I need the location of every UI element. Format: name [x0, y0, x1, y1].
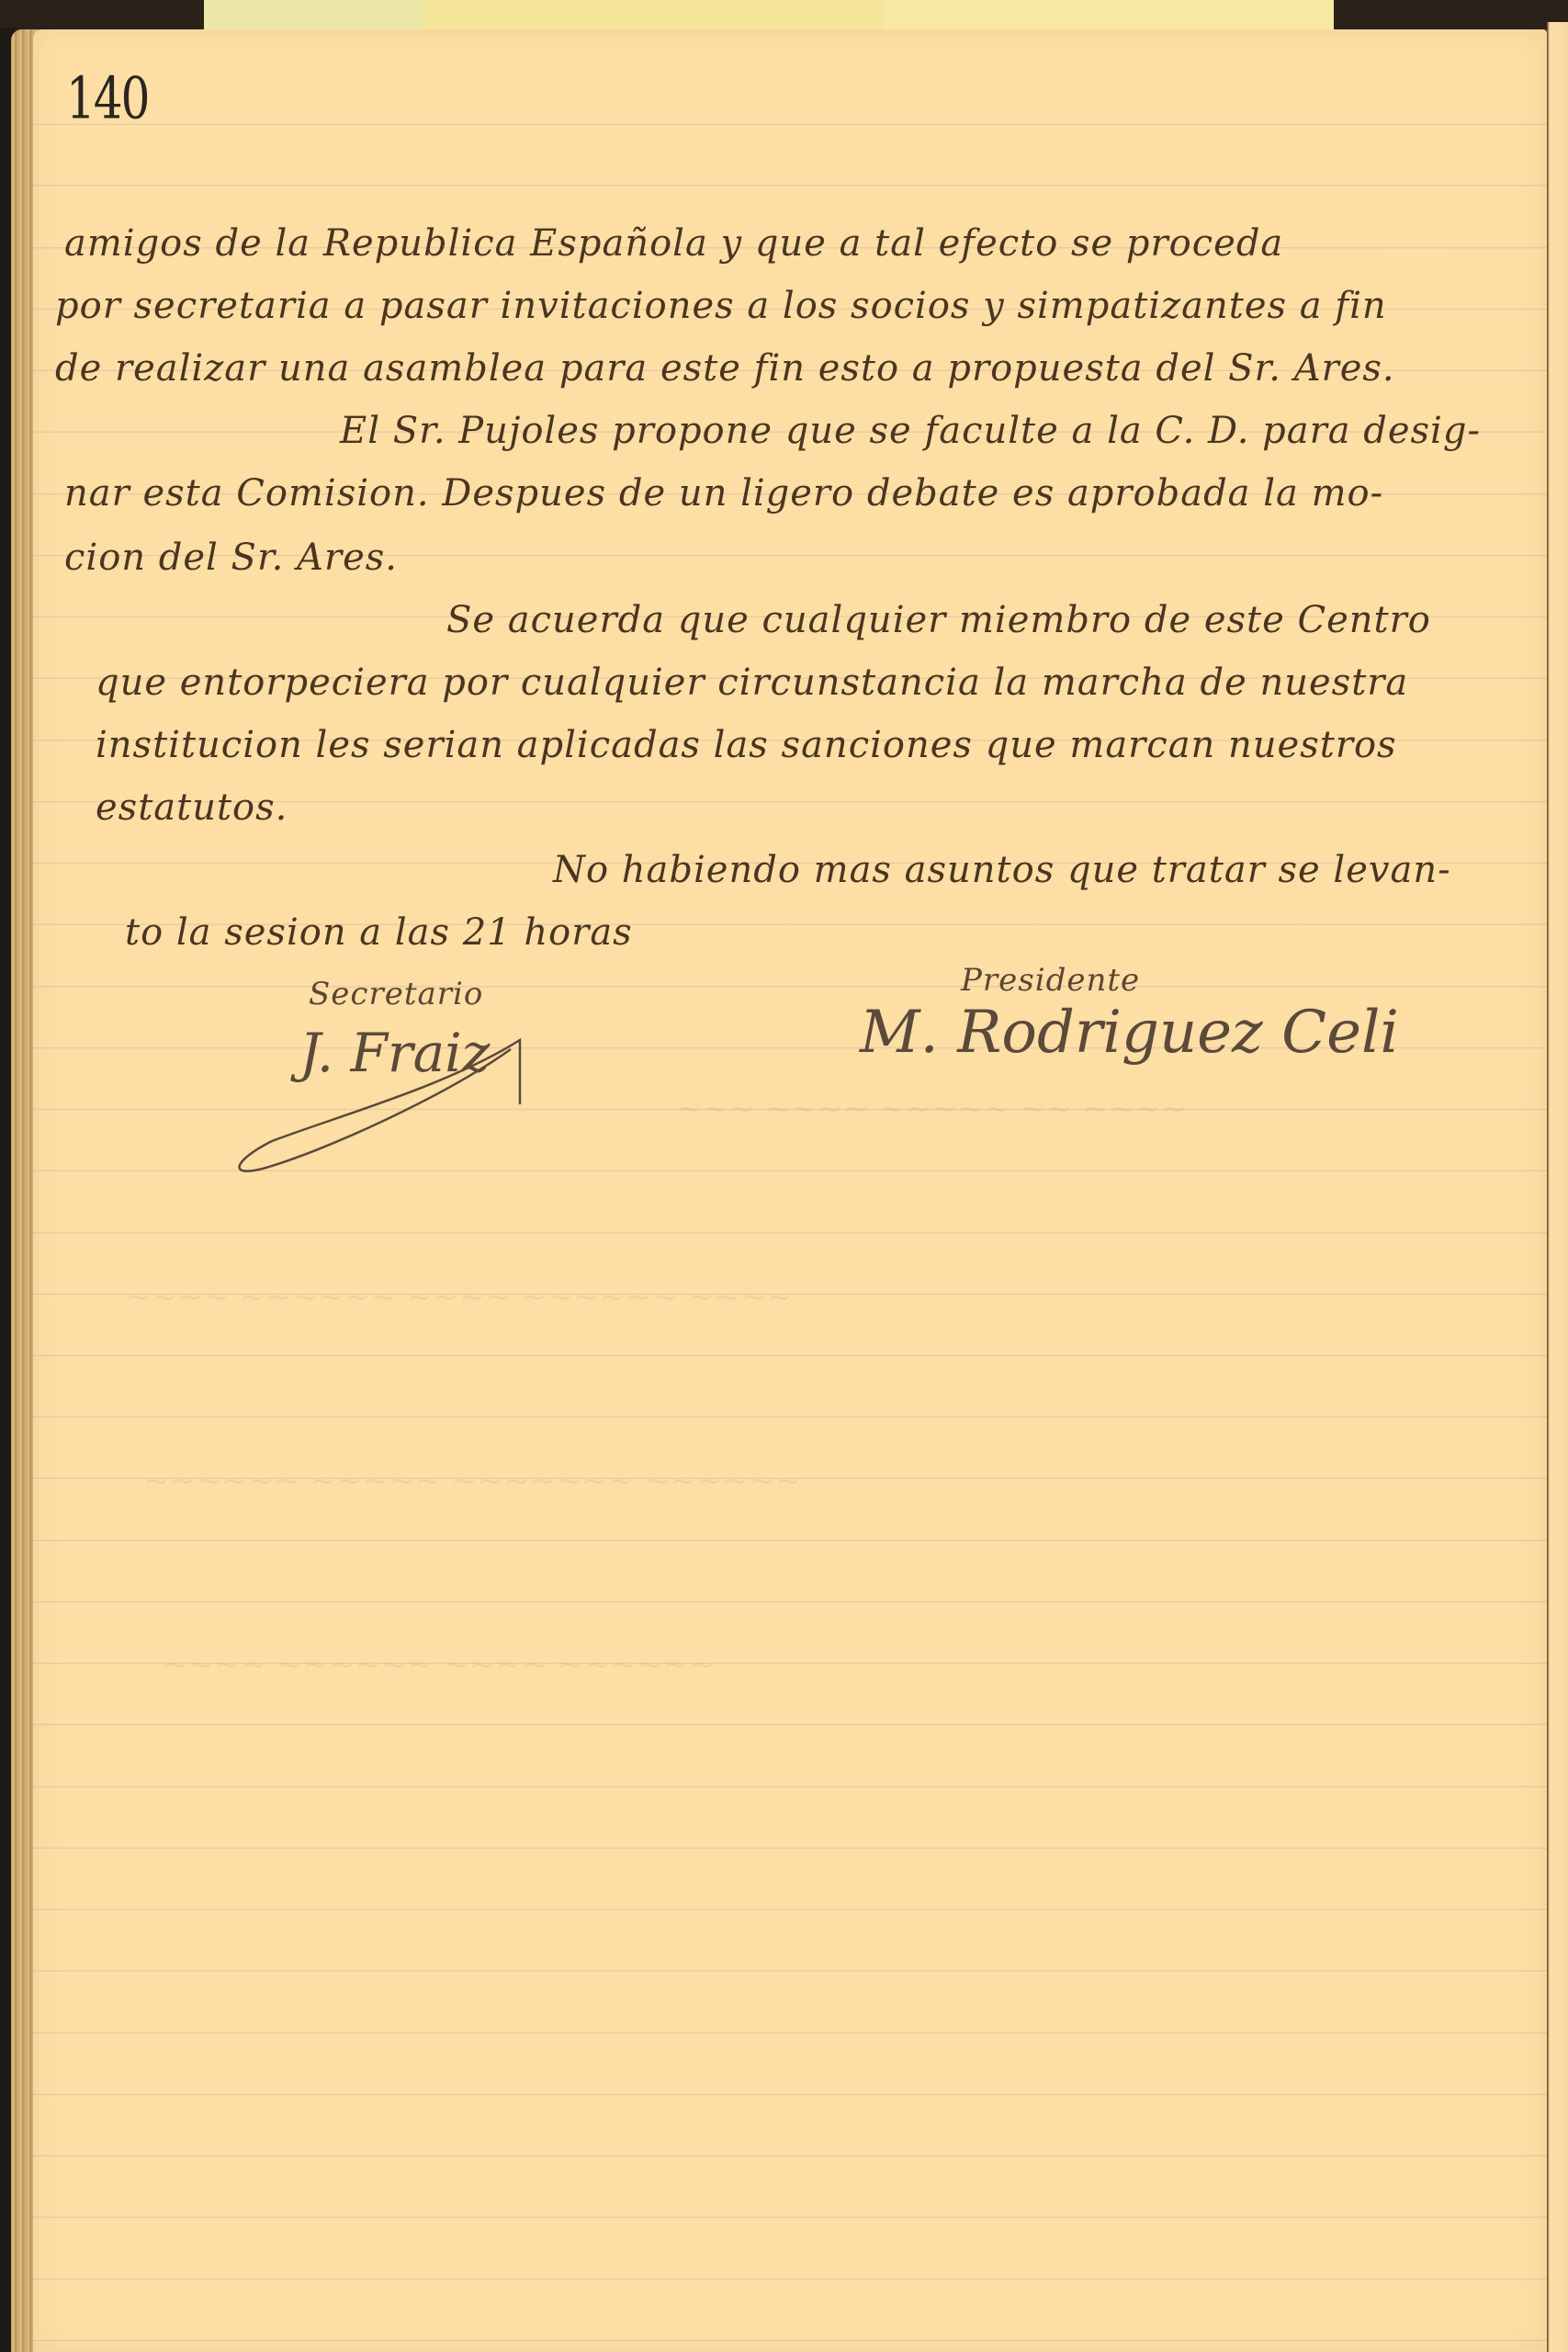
ledger-page: ~~~ ~~~~ ~~~~~ ~~ ~~~~ ~~~~ ~~~~~~ ~~~~ …	[33, 29, 1547, 2352]
show-through-text: ~~~~~~ ~~~~~ ~~~~~~~ ~~~~~~	[143, 1463, 801, 1499]
page-right-edge	[1547, 22, 1568, 2352]
signature-flourish	[217, 1022, 584, 1205]
text-line-9: institucion les serian aplicadas las san…	[96, 724, 1397, 766]
text-line-2: por secretaria a pasar invitaciones a lo…	[55, 285, 1387, 327]
text-line-6: cion del Sr. Ares.	[64, 537, 398, 579]
page-number: 140	[66, 65, 148, 132]
show-through-text: ~~~ ~~~~ ~~~~~ ~~ ~~~~	[676, 1091, 1187, 1127]
show-through-text: ~~~~ ~~~~~~ ~~~~ ~~~~~~ ~~~~	[125, 1279, 793, 1316]
text-line-12: to la sesion a las 21 horas	[125, 911, 633, 954]
text-line-10: estatutos.	[96, 786, 288, 829]
page-tab-strip	[204, 0, 424, 31]
show-through-text: ~~~~ ~~~~~~ ~~~~ ~~~~~~	[162, 1646, 715, 1683]
text-line-7: Se acuerda que cualquier miembro de este…	[446, 599, 1431, 641]
president-signature: M. Rodriguez Celi	[860, 999, 1399, 1067]
text-line-3: de realizar una asamblea para este fin e…	[55, 347, 1395, 390]
text-line-4: El Sr. Pujoles propone que se faculte a …	[340, 410, 1481, 452]
page-tab-strip	[884, 0, 1334, 31]
text-line-8: que entorpeciera por cualquier circunsta…	[96, 661, 1408, 704]
text-line-11: No habiendo mas asuntos que tratar se le…	[553, 849, 1451, 891]
president-label: Presidente	[961, 962, 1140, 999]
page-tab-strip	[424, 0, 884, 31]
secretary-label: Secretario	[309, 976, 483, 1012]
text-line-5: nar esta Comision. Despues de un ligero …	[64, 472, 1383, 514]
text-line-1: amigos de la Republica Española y que a …	[64, 222, 1283, 265]
